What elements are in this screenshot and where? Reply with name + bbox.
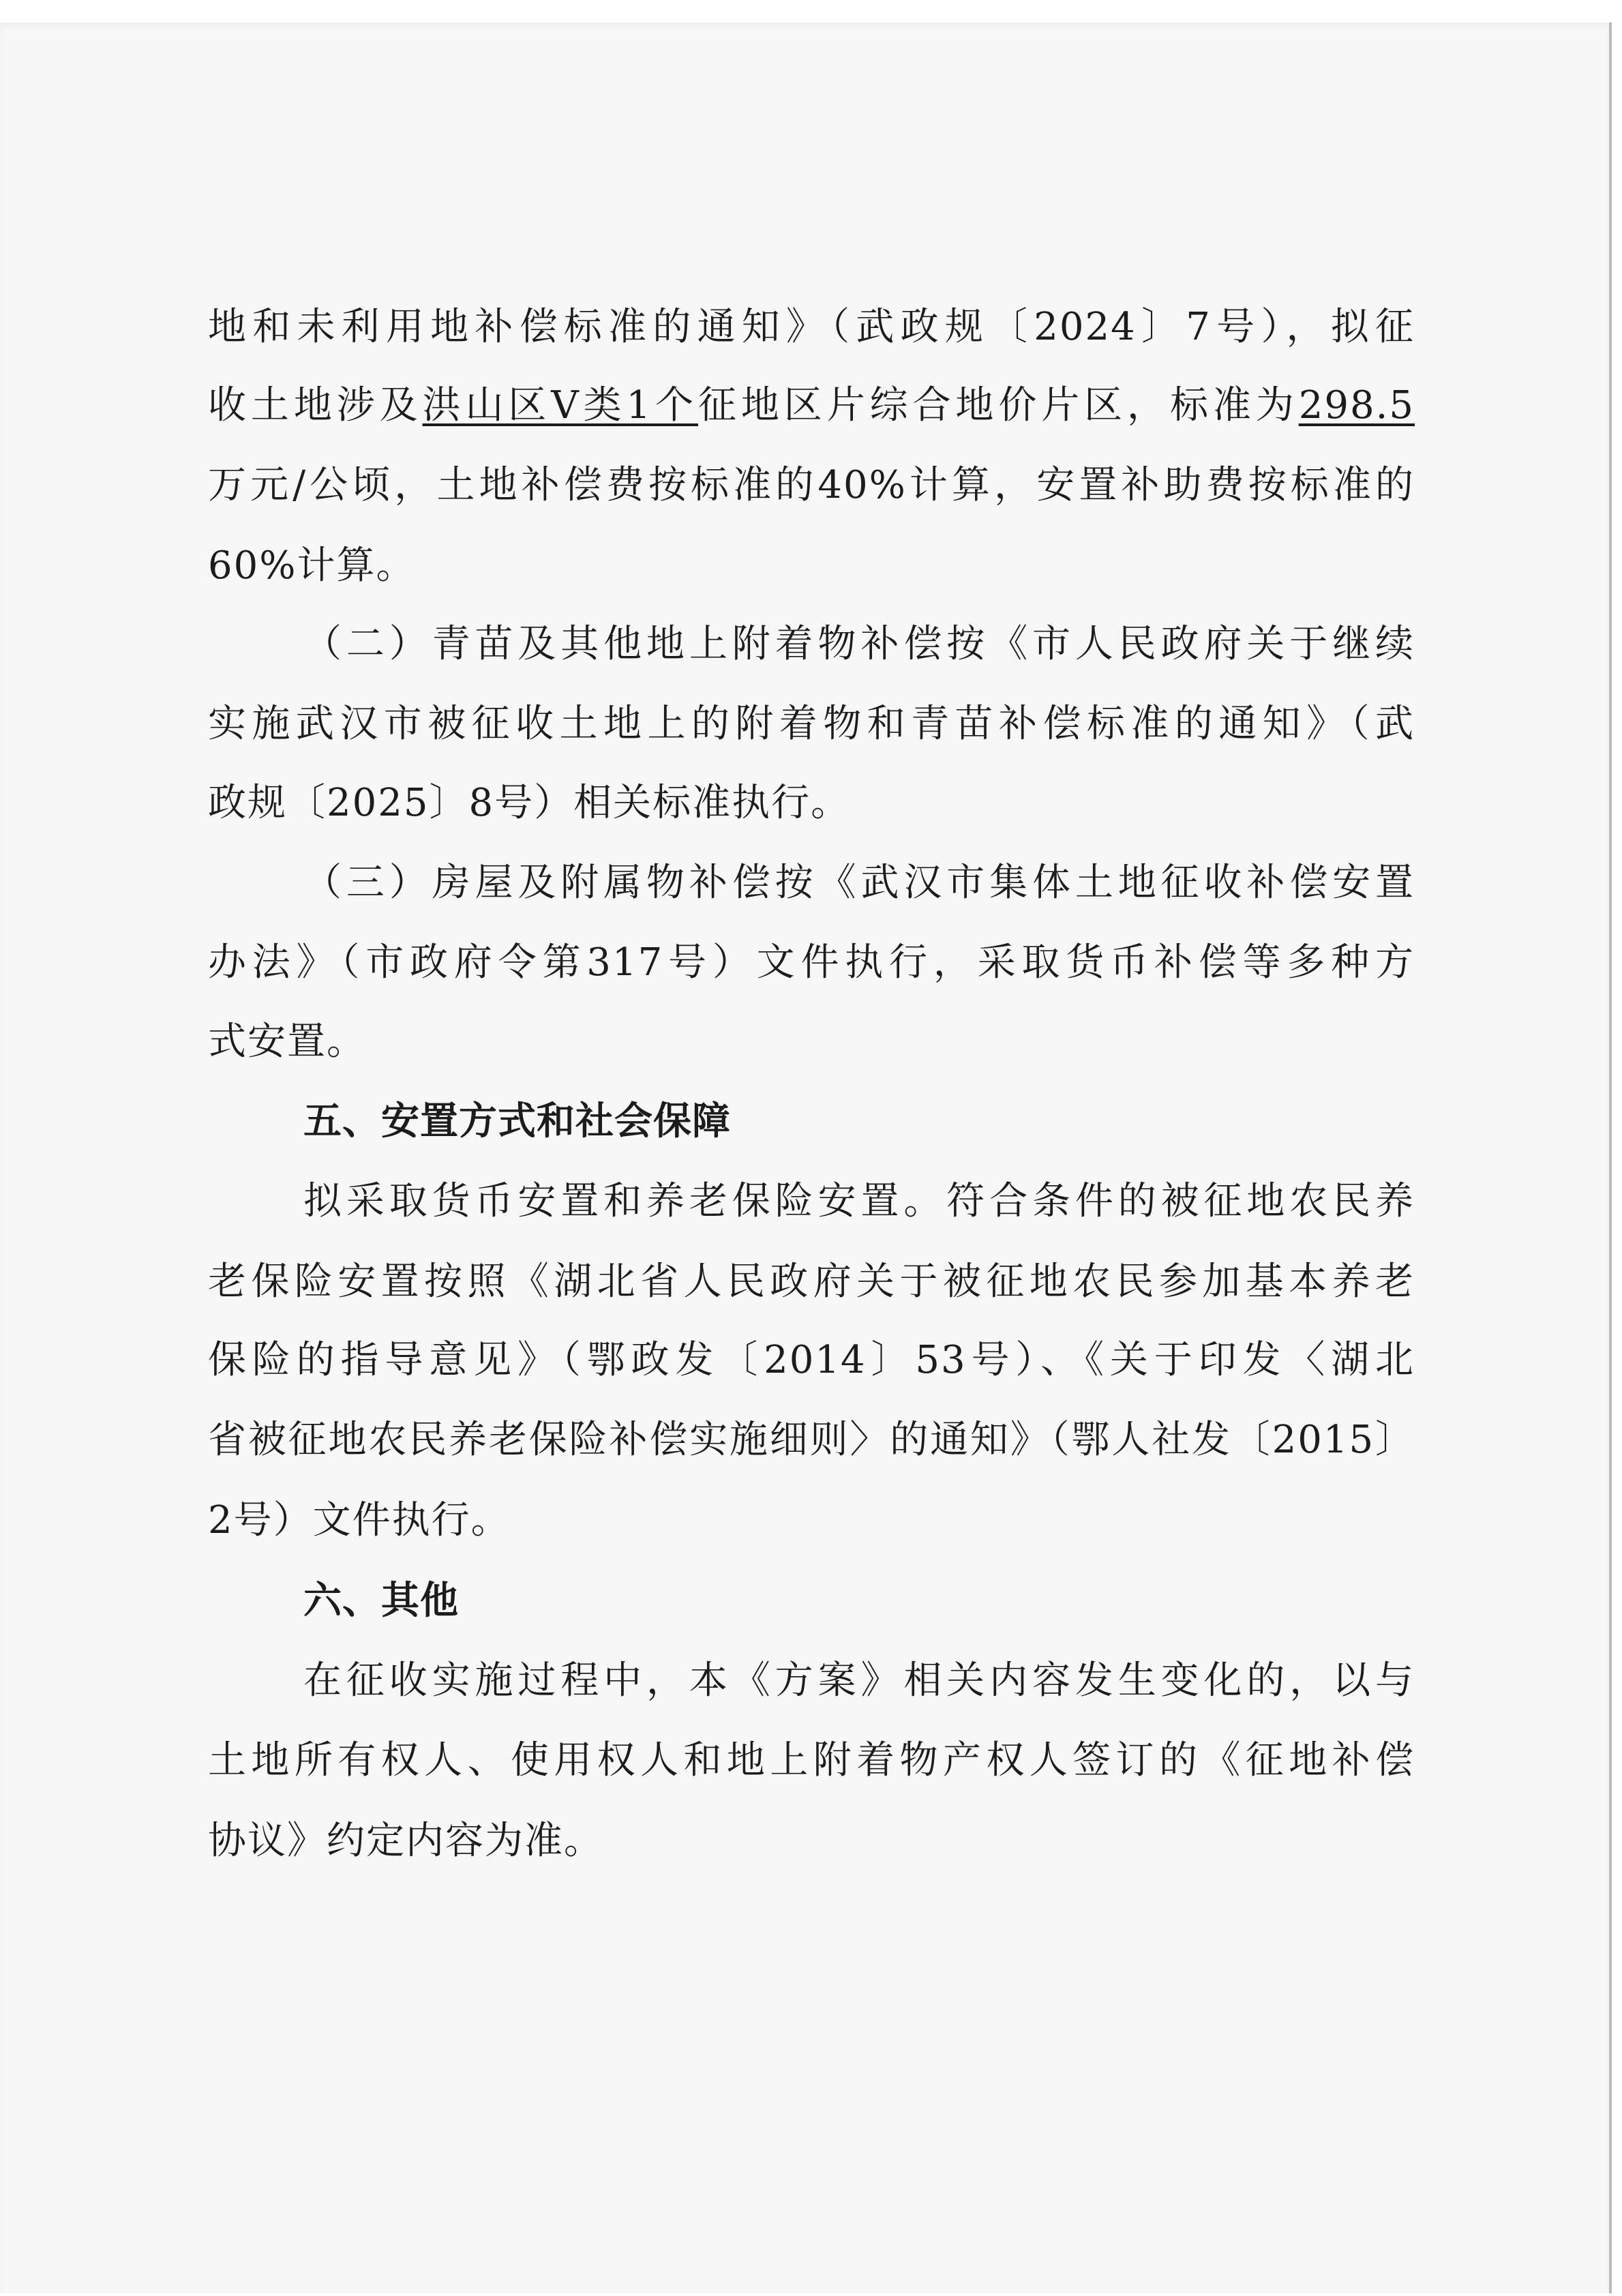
paragraph-line: 保险的指导意见》（鄂政发〔2014〕53号）、《关于印发〈湖北 (208, 1333, 1415, 1388)
section-heading-5: 五、安置方式和社会保障 (303, 1094, 1415, 1149)
paragraph-line: 地和未利用地补偿标准的通知》（武政规〔2024〕7号），拟征 (208, 300, 1415, 355)
paragraph-line: 式安置。 (208, 1015, 1415, 1069)
paragraph-line: 60%计算。 (208, 539, 1415, 593)
paragraph-line: （二）青苗及其他地上附着物补偿按《市人民政府关于继续 (303, 617, 1415, 672)
paragraph-line: （三）房屋及附属物补偿按《武汉市集体土地征收补偿安置 (303, 856, 1415, 910)
paragraph-line: 拟采取货币安置和养老保险安置。符合条件的被征地农民养 (303, 1174, 1415, 1229)
paragraph-line: 省被征地农民养老保险补偿实施细则〉的通知》（鄂人社发〔2015〕 (208, 1413, 1415, 1467)
underlined-standard-value: 298.5 (1299, 383, 1415, 428)
paragraph-line: 在征收实施过程中，本《方案》相关内容发生变化的，以与 (303, 1654, 1415, 1708)
paragraph-line: 协议》约定内容为准。 (208, 1814, 1415, 1868)
text-segment: 征地区片综合地价片区，标准为 (698, 383, 1299, 428)
section-heading-6: 六、其他 (303, 1574, 1415, 1628)
paragraph-line: 实施武汉市被征收土地上的附着物和青苗补偿标准的通知》（武 (208, 697, 1415, 751)
text-segment: 收土地涉及 (208, 383, 423, 428)
paragraph-line: 办法》（市政府令第317号）文件执行，采取货币补偿等多种方 (208, 936, 1415, 990)
paragraph-line: 万元/公顷，土地补偿费按标准的40%计算，安置补助费按标准的 (208, 458, 1415, 513)
paragraph-line: 老保险安置按照《湖北省人民政府关于被征地农民参加基本养老 (208, 1255, 1415, 1309)
paragraph-line: 2号）文件执行。 (208, 1493, 1415, 1548)
paragraph-line: 政规〔2025〕8号）相关标准执行。 (208, 776, 1415, 831)
underlined-district-category: 洪山区Ⅴ类1个 (423, 383, 698, 428)
document-page: 地和未利用地补偿标准的通知》（武政规〔2024〕7号），拟征 收土地涉及洪山区Ⅴ… (0, 23, 1612, 2293)
paragraph-line: 土地所有权人、使用权人和地上附着物产权人签订的《征地补偿 (208, 1733, 1415, 1788)
paragraph-line: 收土地涉及洪山区Ⅴ类1个征地区片综合地价片区，标准为298.5 (208, 378, 1415, 433)
